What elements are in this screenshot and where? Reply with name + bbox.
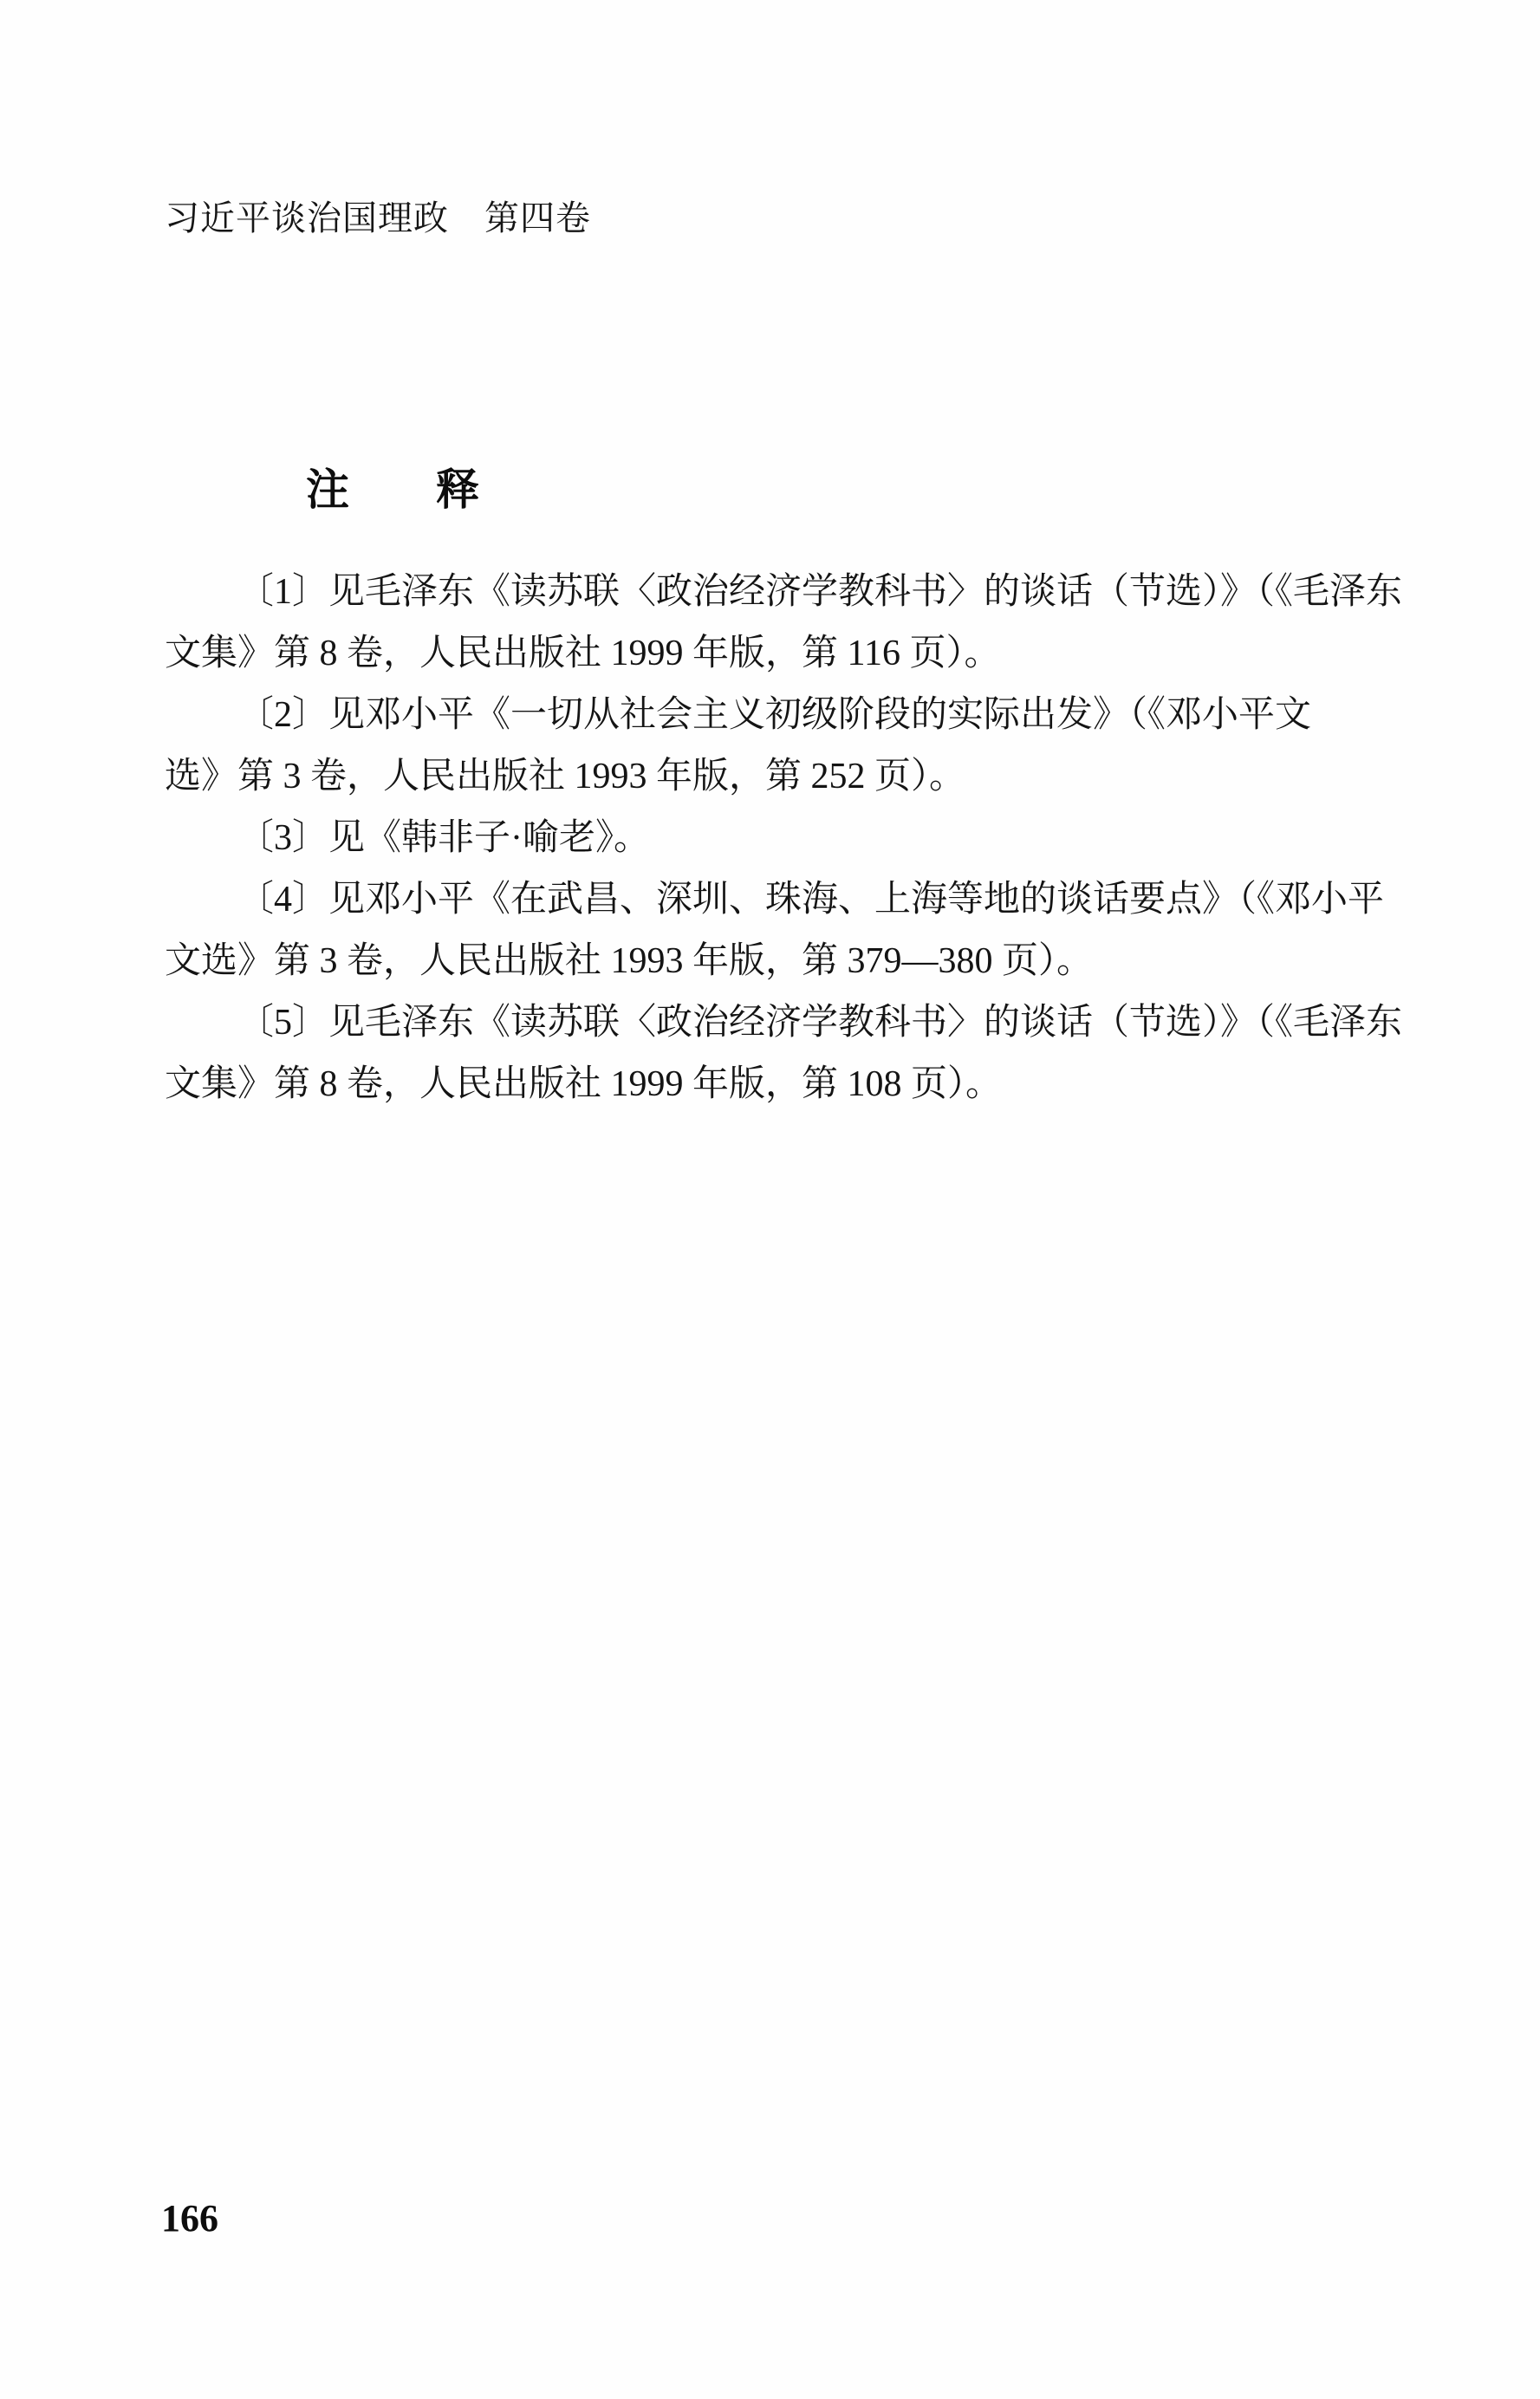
notes-block: 〔1〕见毛泽东《读苏联〈政治经济学教科书〉的谈话（节选）》（《毛泽东 文集》第 … xyxy=(165,562,1361,1115)
book-page: 习近平谈治国理政 第四卷 注 释 〔1〕见毛泽东《读苏联〈政治经济学教科书〉的谈… xyxy=(0,0,1540,2399)
running-head-book-title: 习近平谈治国理政 第四卷 xyxy=(165,201,591,236)
note-2-line-1: 〔2〕见邓小平《一切从社会主义初级阶段的实际出发》（《邓小平文 xyxy=(165,685,1361,746)
section-title-notes: 注 释 xyxy=(306,468,479,511)
note-4-line-2: 文选》第 3 卷，人民出版社 1993 年版，第 379—380 页）。 xyxy=(165,931,1361,992)
note-5-line-2: 文集》第 8 卷，人民出版社 1999 年版，第 108 页）。 xyxy=(165,1054,1361,1115)
note-item-4: 〔4〕见邓小平《在武昌、深圳、珠海、上海等地的谈话要点》（《邓小平 文选》第 3… xyxy=(165,869,1361,992)
page-number: 166 xyxy=(161,2200,218,2238)
note-3-line-1: 〔3〕见《韩非子·喻老》。 xyxy=(165,808,1361,869)
note-item-5: 〔5〕见毛泽东《读苏联〈政治经济学教科书〉的谈话（节选）》（《毛泽东 文集》第 … xyxy=(165,992,1361,1115)
note-5-line-1: 〔5〕见毛泽东《读苏联〈政治经济学教科书〉的谈话（节选）》（《毛泽东 xyxy=(165,992,1361,1054)
note-item-3: 〔3〕见《韩非子·喻老》。 xyxy=(165,808,1361,869)
note-item-2: 〔2〕见邓小平《一切从社会主义初级阶段的实际出发》（《邓小平文 选》第 3 卷，… xyxy=(165,685,1361,808)
note-2-line-2: 选》第 3 卷，人民出版社 1993 年版，第 252 页）。 xyxy=(165,746,1361,808)
note-4-line-1: 〔4〕见邓小平《在武昌、深圳、珠海、上海等地的谈话要点》（《邓小平 xyxy=(165,869,1361,931)
note-1-line-1: 〔1〕见毛泽东《读苏联〈政治经济学教科书〉的谈话（节选）》（《毛泽东 xyxy=(165,562,1361,623)
note-1-line-2: 文集》第 8 卷，人民出版社 1999 年版，第 116 页）。 xyxy=(165,623,1361,685)
note-item-1: 〔1〕见毛泽东《读苏联〈政治经济学教科书〉的谈话（节选）》（《毛泽东 文集》第 … xyxy=(165,562,1361,685)
